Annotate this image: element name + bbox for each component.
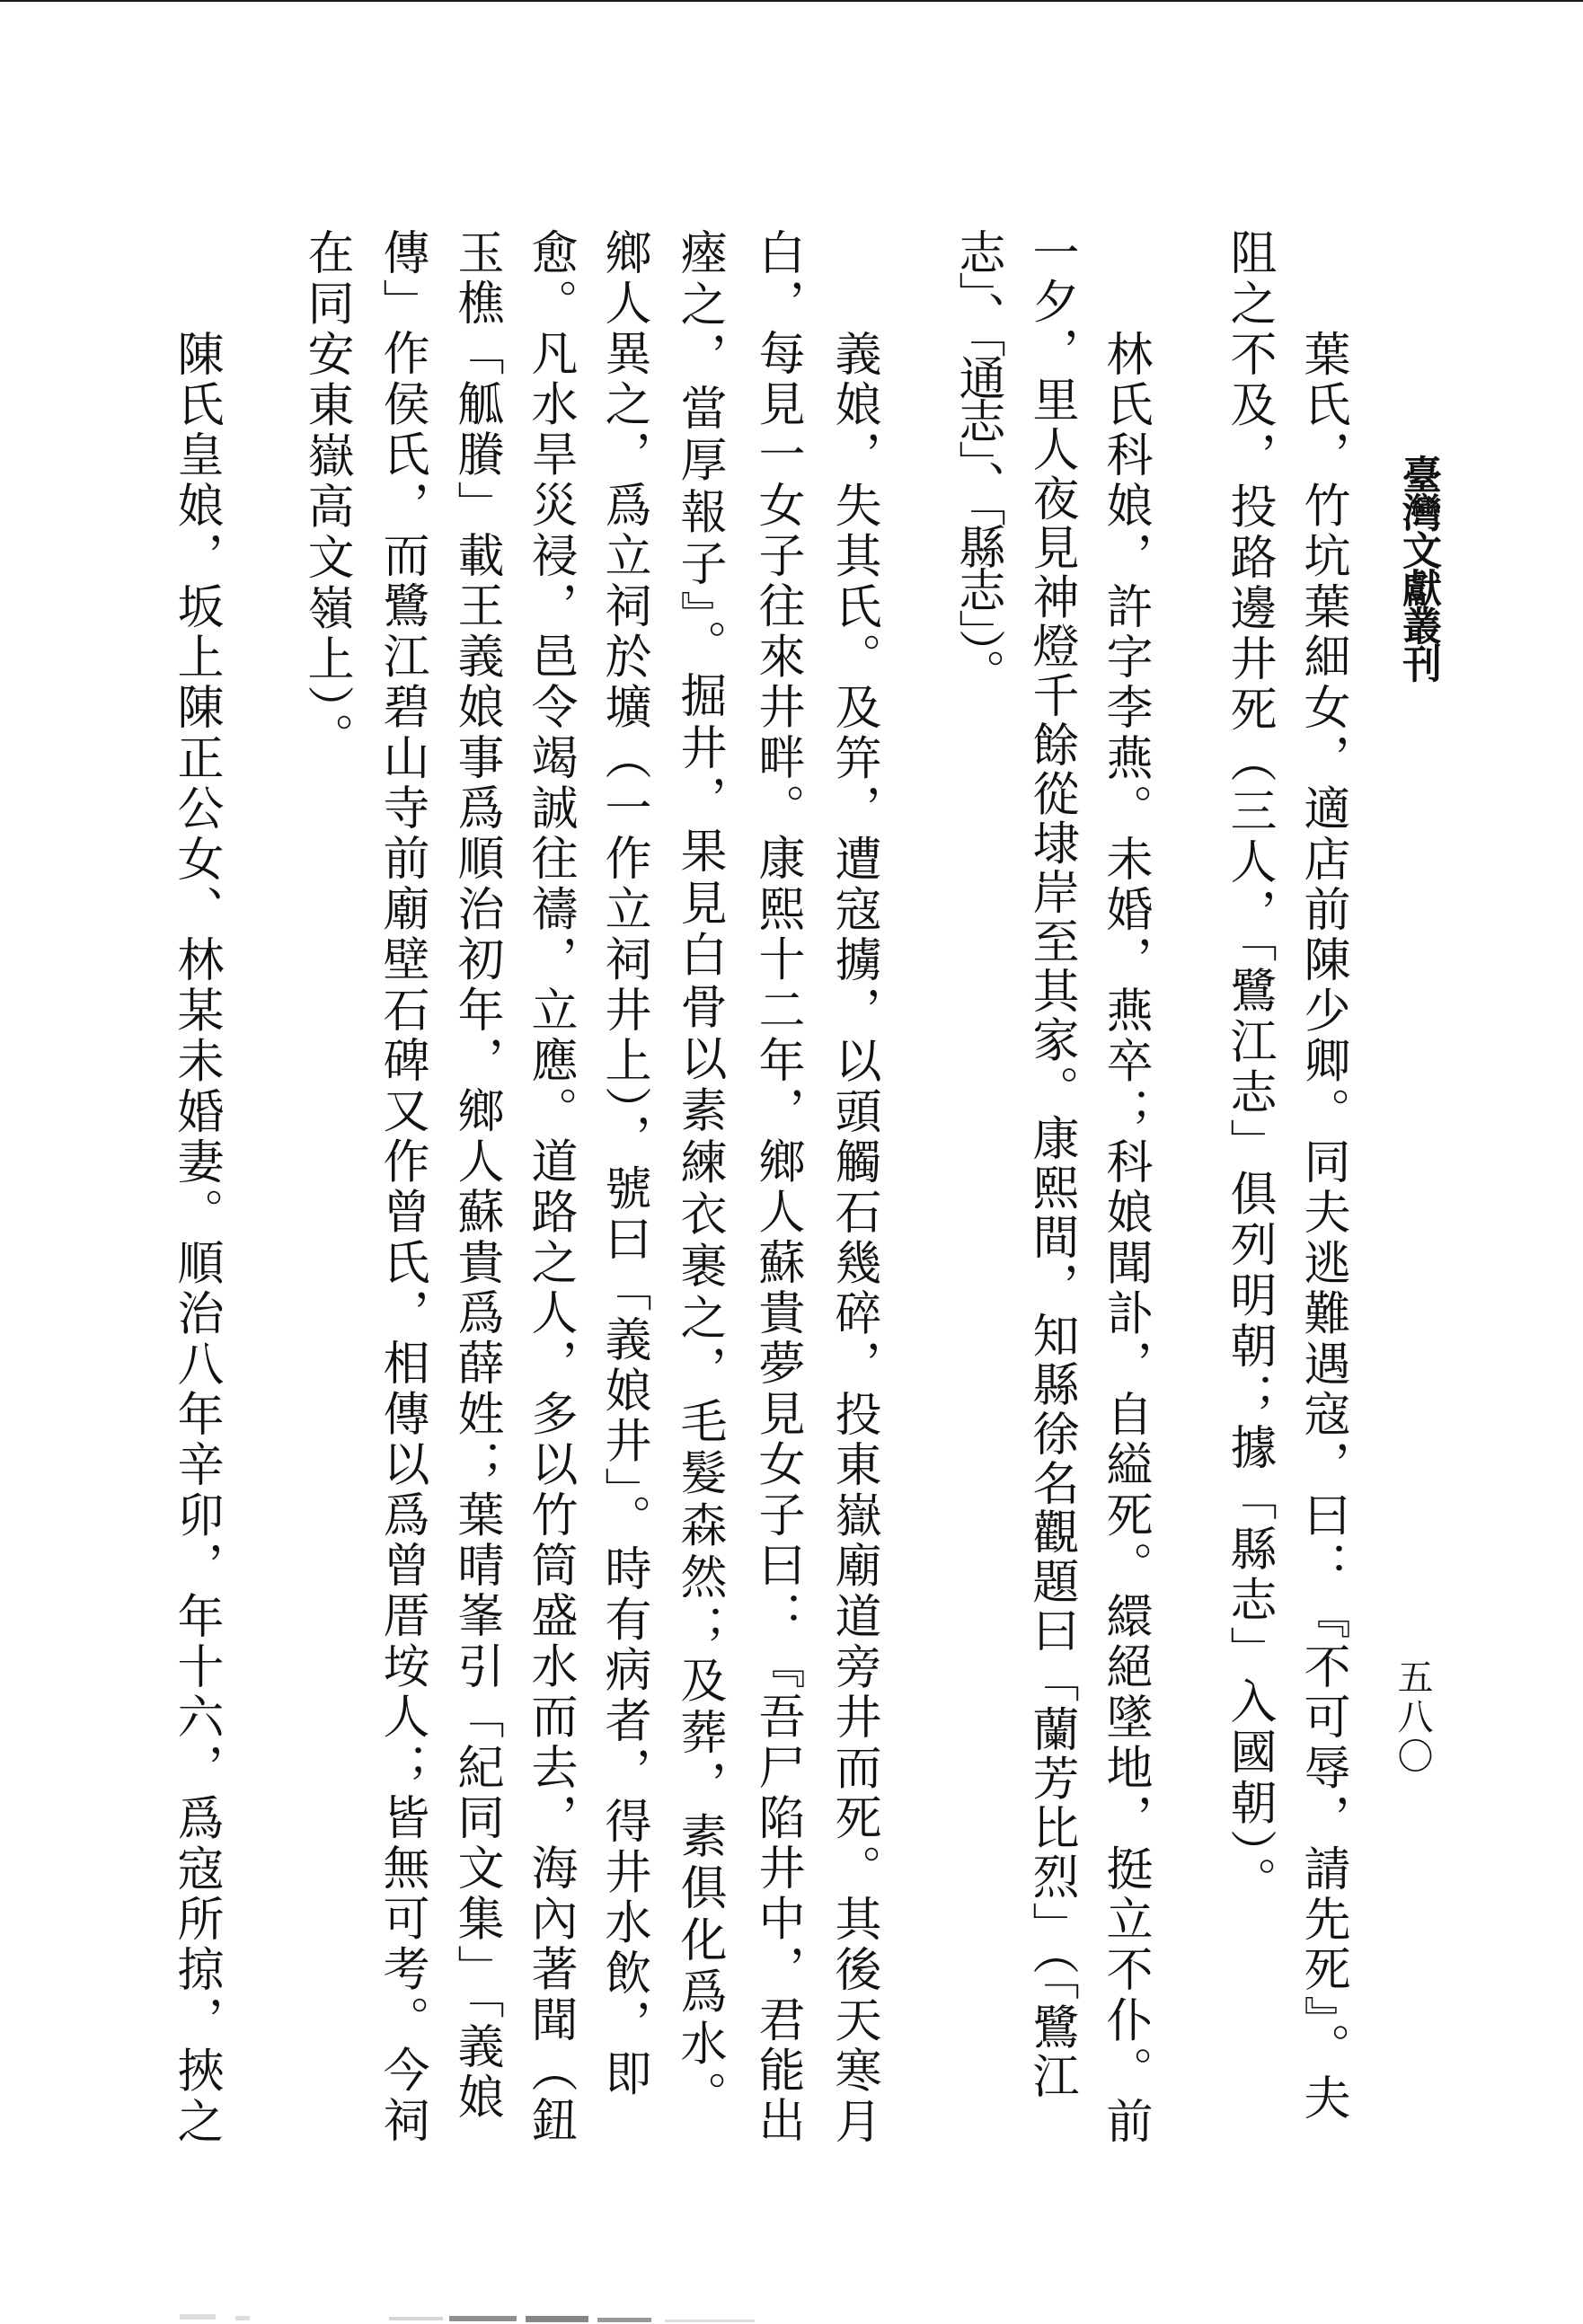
scan-artifact [389,2317,443,2320]
text-column: 玉樵「觚賸」載王義娘事爲順治初年，鄉人蘇貴爲薛姓；葉晴峯引「紀同文集」「義娘 [453,228,500,2124]
scan-artifact [449,2316,517,2321]
text-column: 阻之不及，投路邊井死（三人，「鷺江志」俱列明朝；據「縣志」入國朝）。 [1225,228,1272,1907]
text-column: 瘞之，當厚報子』。掘井，果見白骨以素練衣裹之，毛髮森然；及葬，素俱化爲水。 [676,228,722,2123]
page-edge-line [0,0,1583,2]
text-column: 在同安東嶽高文嶺上）。 [303,228,349,764]
scan-artifact [235,2316,250,2320]
scan-artifact [597,2318,651,2322]
text-column: 鄉人異之，爲立祠於壙（一作立祠井上），號曰「義娘井」。時有病者，得井水飲，即 [600,228,647,2100]
scan-artifact [665,2320,755,2322]
scan-artifact [526,2316,588,2322]
text-column: 林氏科娘，許字李燕。未婚，燕卒；科娘聞訃，自縊死。繯絕墜地，挺立不仆。前 [1101,330,1148,2147]
text-column: 義娘，失其氏。及笄，遭寇擄，以頭觸石幾碎，投東嶽廟道旁井而死。其後天寒月 [830,330,877,2147]
text-column: 愈。凡水旱災祲，邑令竭誠往禱，立應。道路之人，多以竹筒盛水而去，海內著聞（鈕 [526,228,573,2147]
text-column: 志」、「通志」、「縣志」）。 [954,228,1001,692]
running-header: 臺灣文獻叢刊 [1398,455,1437,681]
text-column: 一夕，里人夜見神燈千餘從埭岸至其家。康熙間，知縣徐名觀題曰「蘭芳比烈」（「鷺江 [1028,228,1074,2101]
text-column: 陳氏皇娘，坂上陳正公女、林某未婚妻。順治八年辛卯，年十六，爲寇所掠，挾之 [172,330,219,2147]
text-column: 葉氏，竹坑葉細女，適店前陳少卿。同夫逃難遇寇，曰：『不可辱，請先死』。夫 [1299,330,1346,2124]
text-column: 傳」作侯氏，而鷺江碧山寺前廟壁石碑又作曾氏，相傳以爲曾厝垵人；皆無可考。今祠 [378,228,425,2147]
page-number: 五八〇 [1394,1658,1430,1777]
scan-artifact [180,2314,216,2320]
text-column: 白，每見一女子往來井畔。康熙十二年，鄉人蘇貴夢見女子曰：『吾尸陷井中，君能出 [754,228,800,2147]
